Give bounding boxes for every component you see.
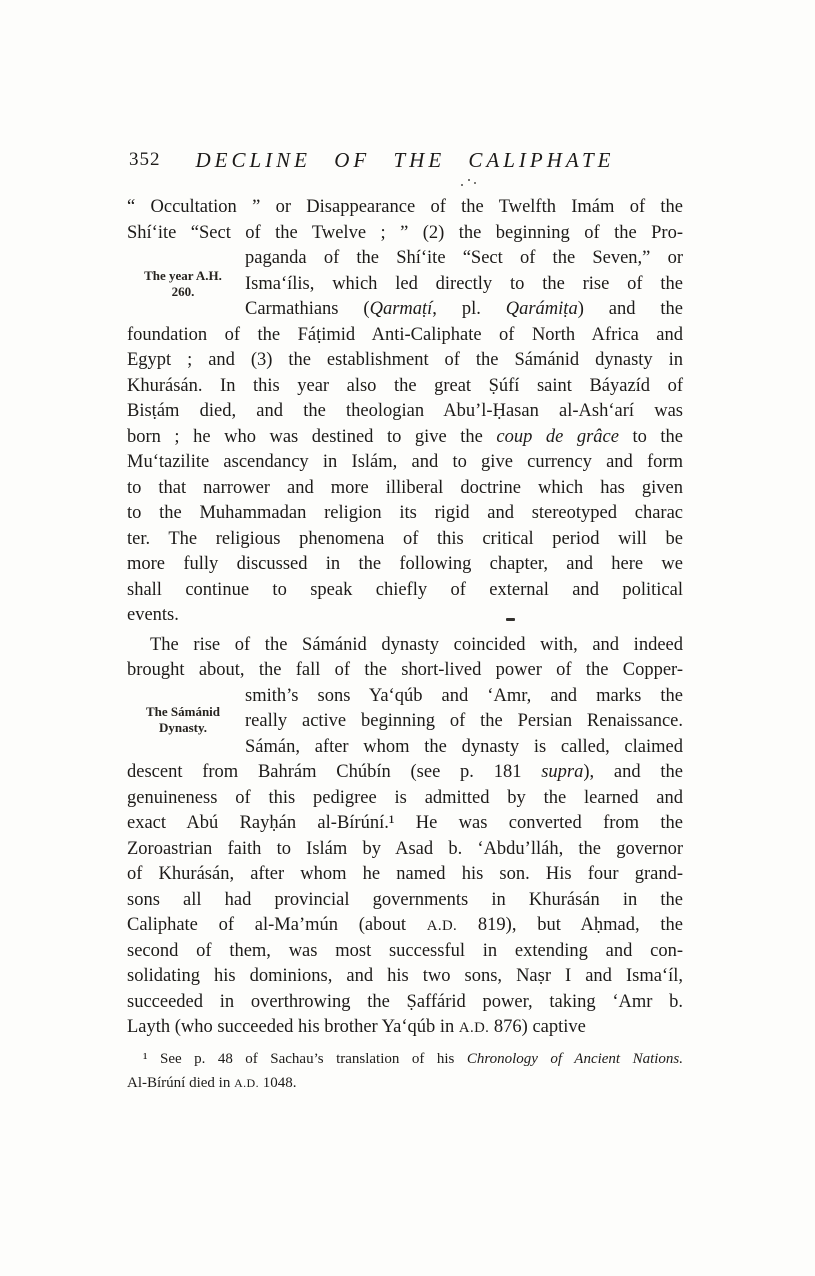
running-header: 352 DECLINE OF THE CALIPHATE bbox=[127, 148, 683, 174]
text-line: shall continue to speak chiefly of exter… bbox=[127, 578, 683, 604]
footnote: ¹ See p. 48 of Sachau’s translation of h… bbox=[127, 1047, 683, 1095]
text-line: sons all had provincial governments in K… bbox=[127, 888, 683, 914]
footnote-line: ¹ See p. 48 of Sachau’s translation of h… bbox=[127, 1047, 683, 1071]
text-line: second of them, was most successful in e… bbox=[127, 939, 683, 965]
text-line: Shí‘ite “Sect of the Twelve ; ” (2) the … bbox=[127, 221, 683, 247]
text-line: Layth (who succeeded his brother Ya‘qúb … bbox=[127, 1015, 683, 1041]
text-line: to that narrower and more illiberal doct… bbox=[127, 476, 683, 502]
text-line: ter. The religious phenomena of this cri… bbox=[127, 527, 683, 553]
text-line: exact Abú Rayḥán al-Bírúní.¹ He was conv… bbox=[127, 811, 683, 837]
running-header-title: DECLINE OF THE CALIPHATE bbox=[127, 148, 683, 173]
text-line: Sámán, after whom the dynasty is called,… bbox=[245, 735, 683, 761]
scan-artifact-dots bbox=[461, 184, 463, 186]
text-line: The rise of the Sámánid dynasty coincide… bbox=[127, 633, 683, 659]
text-line: of Khurásán, after whom he named his son… bbox=[127, 862, 683, 888]
paragraph-1: “ Occultation ” or Disappearance of the … bbox=[127, 195, 683, 629]
text-line: more fully discussed in the following ch… bbox=[127, 552, 683, 578]
paragraph-2: The rise of the Sámánid dynasty coincide… bbox=[127, 633, 683, 1041]
text-line: to the Muhammadan religion its rigid and… bbox=[127, 501, 683, 527]
text-line: “ Occultation ” or Disappearance of the … bbox=[127, 195, 683, 221]
text-line: Khurásán. In this year also the great Ṣú… bbox=[127, 374, 683, 400]
text-line: Carmathians (Qarmaṭí, pl. Qarámiṭa) and … bbox=[245, 297, 683, 323]
text-line: paganda of the Shí‘ite “Sect of the Seve… bbox=[245, 246, 683, 272]
text-line: genuineness of this pedigree is admitted… bbox=[127, 786, 683, 812]
text-line: Caliphate of al-Ma’mún (about A.D. 819),… bbox=[127, 913, 683, 939]
text-line: foundation of the Fáṭimid Anti-Caliphate… bbox=[127, 323, 683, 349]
text-line: Isma‘ílis, which led directly to the ris… bbox=[245, 272, 683, 298]
text-line: solidating his dominions, and his two so… bbox=[127, 964, 683, 990]
text-line: really active beginning of the Persian R… bbox=[245, 709, 683, 735]
book-page: 352 DECLINE OF THE CALIPHATE The year A.… bbox=[0, 0, 815, 1276]
text-line: Mu‘tazilite ascendancy in Islám, and to … bbox=[127, 450, 683, 476]
text-line: events. bbox=[127, 603, 683, 629]
body-text: “ Occultation ” or Disappearance of the … bbox=[127, 195, 683, 1095]
text-line: brought about, the fall of the short-liv… bbox=[127, 658, 683, 684]
text-line: Egypt ; and (3) the establishment of the… bbox=[127, 348, 683, 374]
text-line: Bisṭám died, and the theologian Abu’l-Ḥa… bbox=[127, 399, 683, 425]
text-line: smith’s sons Ya‘qúb and ‘Amr, and marks … bbox=[245, 684, 683, 710]
text-line: descent from Bahrám Chúbín (see p. 181 s… bbox=[127, 760, 683, 786]
footnote-line: Al-Bírúní died in A.D. 1048. bbox=[127, 1071, 683, 1095]
text-line: born ; he who was destined to give the c… bbox=[127, 425, 683, 451]
text-line: succeeded in overthrowing the Ṣaffárid p… bbox=[127, 990, 683, 1016]
text-line: Zoroastrian faith to Islám by Asad b. ‘A… bbox=[127, 837, 683, 863]
